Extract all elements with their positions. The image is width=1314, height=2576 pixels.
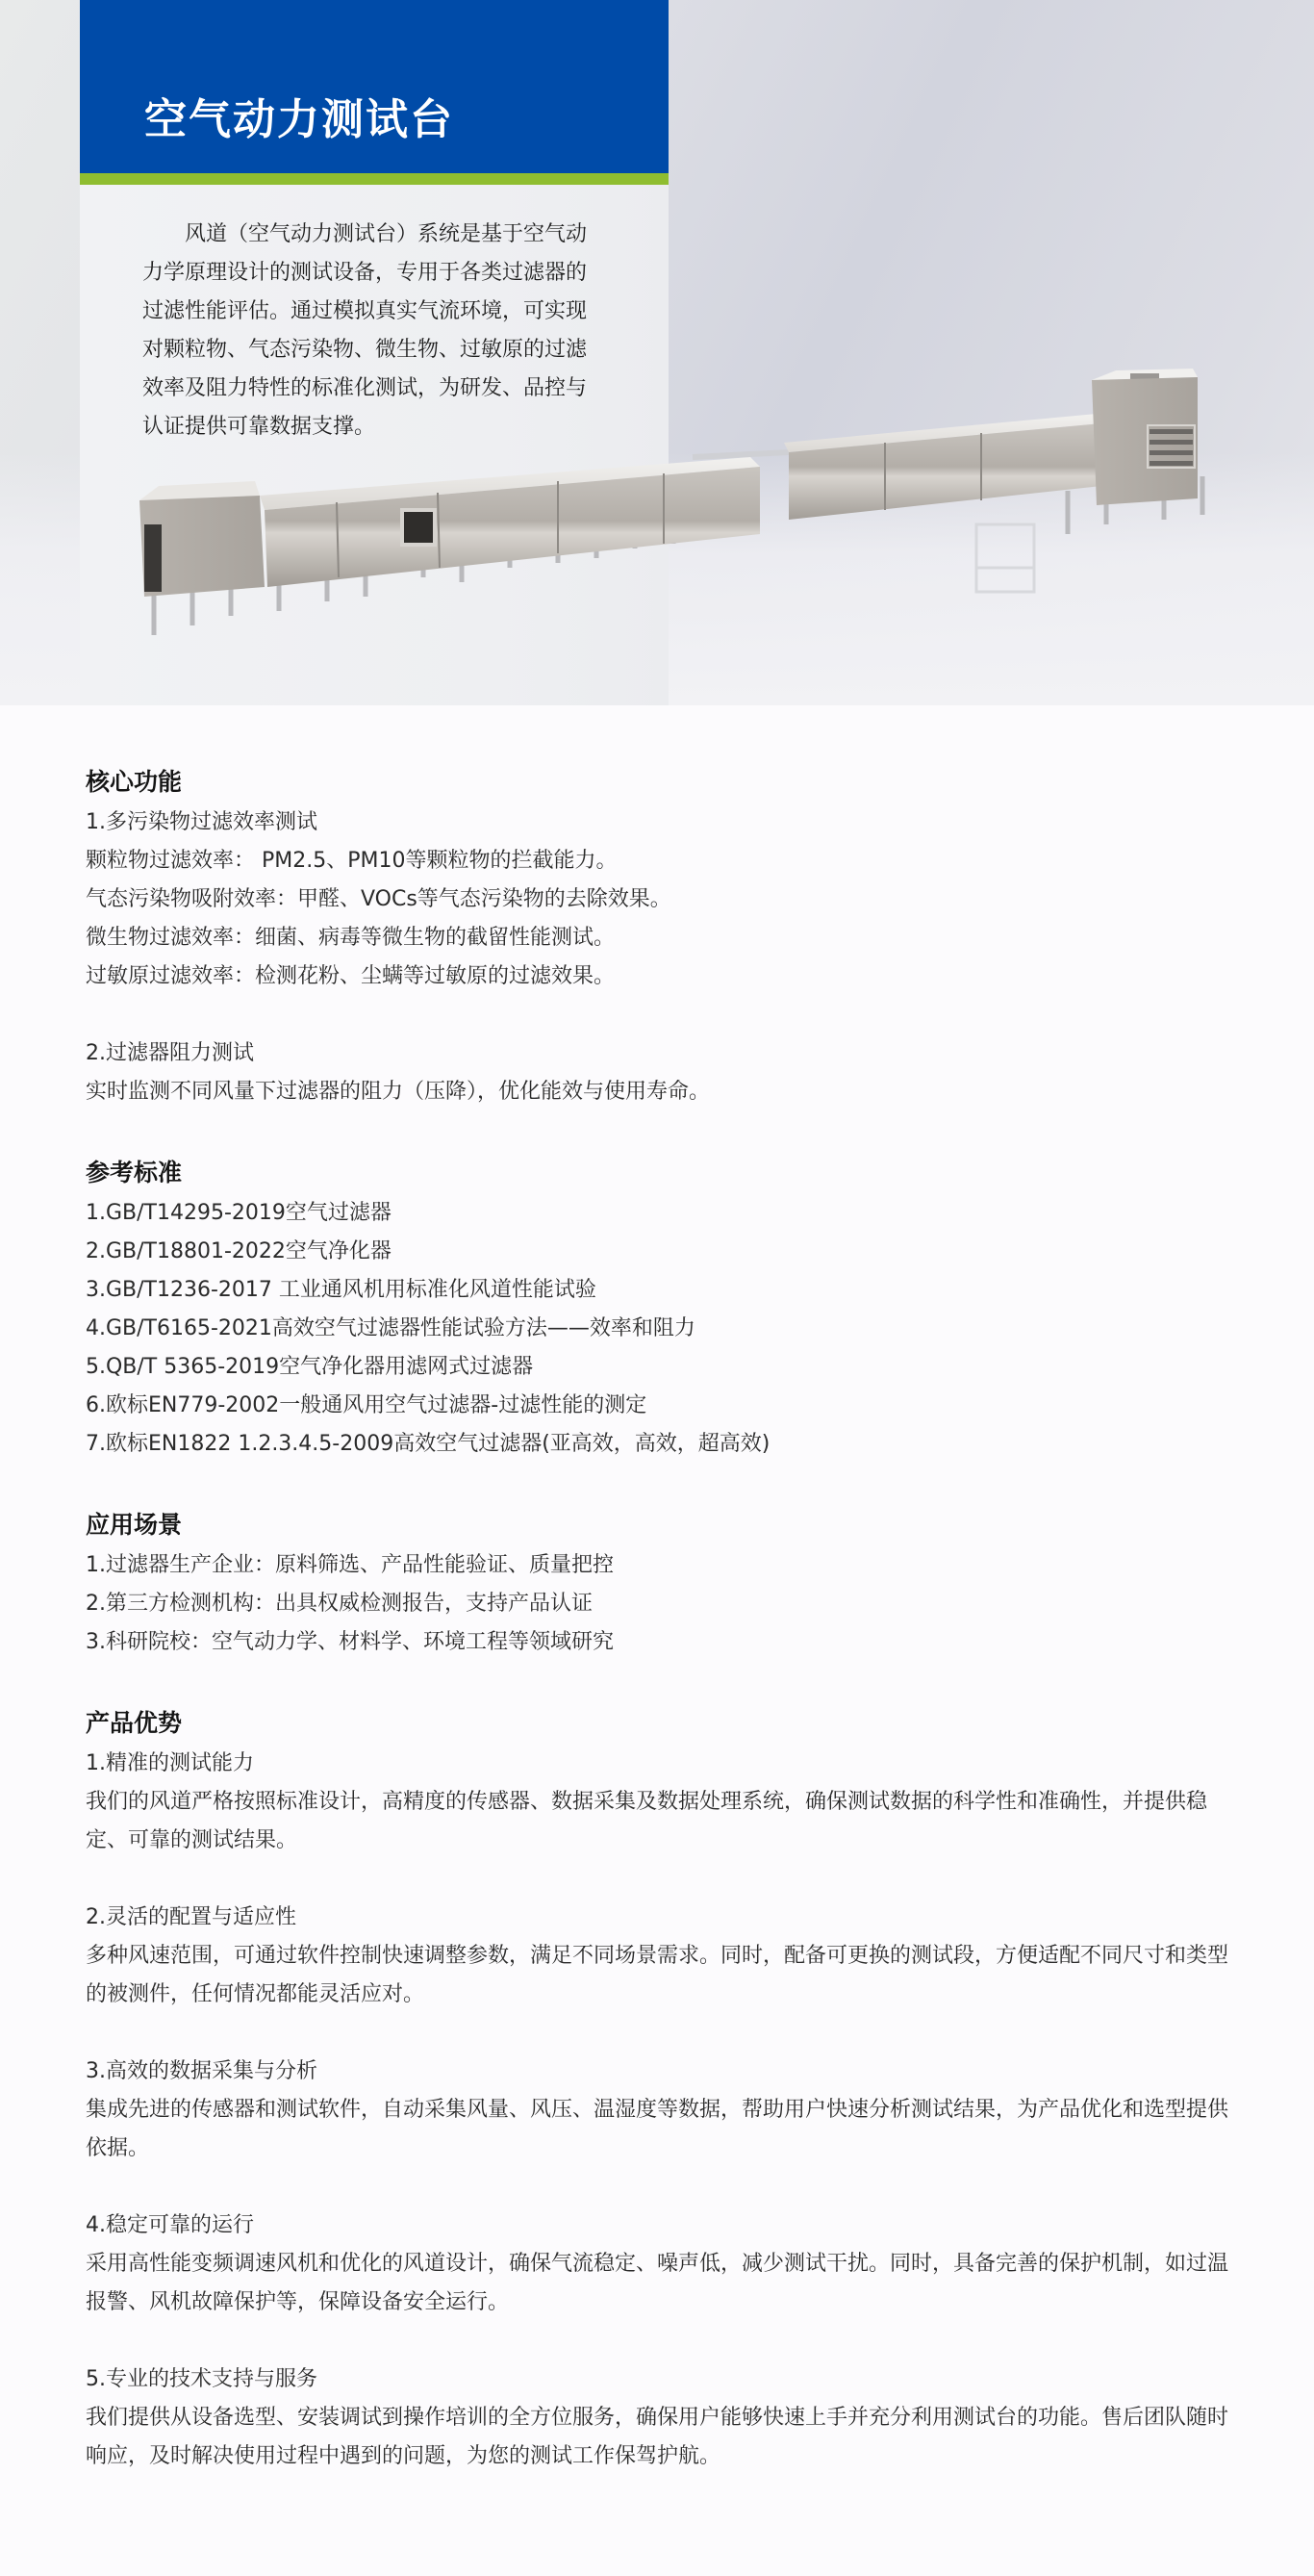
standard-item: 3.GB/T1236-2017 工业通风机用标准化风道性能试验 [86,1271,1314,1310]
standard-item: 2.GB/T18801-2022空气净化器 [86,1233,1314,1271]
wind-tunnel-illustration [0,0,1314,705]
standard-item: 7.欧标EN1822 1.2.3.4.5-2009高效空气过滤器(亚高效，高效，… [86,1425,1314,1464]
section-heading: 产品优势 [86,1704,1314,1743]
content-body: 核心功能 1.多污染物过滤效率测试 颗粒物过滤效率： PM2.5、PM10等颗粒… [0,705,1314,2576]
advantage-title: 2.灵活的配置与适应性 [86,1899,1314,1937]
section-core-functions: 核心功能 1.多污染物过滤效率测试 颗粒物过滤效率： PM2.5、PM10等颗粒… [86,763,1314,1111]
list-item: 气态污染物吸附效率：甲醛、VOCs等气态污染物的去除效果。 [86,880,1314,919]
hero-banner: 空气动力测试台 风道（空气动力测试台）系统是基于空气动力学原理设计的测试设备，专… [0,0,1314,705]
advantage-body: 采用高性能变频调速风机和优化的风道设计，确保气流稳定、噪声低，减少测试干扰。同时… [86,2245,1230,2322]
advantage-title: 1.精准的测试能力 [86,1745,1314,1783]
section-applications: 应用场景 1.过滤器生产企业：原料筛选、产品性能验证、质量把控 2.第三方检测机… [86,1506,1314,1662]
subsection-title: 2.过滤器阻力测试 [86,1034,1314,1073]
application-item: 1.过滤器生产企业：原料筛选、产品性能验证、质量把控 [86,1546,1314,1585]
advantage-body: 我们的风道严格按照标准设计，高精度的传感器、数据采集及数据处理系统，确保测试数据… [86,1783,1230,1860]
advantage-item: 1.精准的测试能力 我们的风道严格按照标准设计，高精度的传感器、数据采集及数据处… [86,1745,1314,1860]
advantage-body: 多种风速范围，可通过软件控制快速调整参数，满足不同场景需求。同时，配备可更换的测… [86,1937,1230,2014]
subsection-title: 1.多污染物过滤效率测试 [86,803,1314,842]
application-item: 3.科研院校：空气动力学、材料学、环境工程等领域研究 [86,1623,1314,1662]
advantage-body: 我们提供从设备选型、安装调试到操作培训的全方位服务，确保用户能够快速上手并充分利… [86,2399,1230,2476]
advantage-body: 集成先进的传感器和测试软件，自动采集风量、风压、温湿度等数据，帮助用户快速分析测… [86,2091,1230,2168]
section-heading: 核心功能 [86,763,1314,802]
standard-item: 4.GB/T6165-2021高效空气过滤器性能试验方法——效率和阻力 [86,1310,1314,1348]
standard-item: 6.欧标EN779-2002一般通风用空气过滤器-过滤性能的测定 [86,1387,1314,1425]
advantage-title: 5.专业的技术支持与服务 [86,2360,1314,2399]
standard-item: 1.GB/T14295-2019空气过滤器 [86,1194,1314,1233]
list-item: 颗粒物过滤效率： PM2.5、PM10等颗粒物的拦截能力。 [86,842,1314,880]
advantage-title: 4.稳定可靠的运行 [86,2206,1314,2245]
section-heading: 参考标准 [86,1154,1314,1192]
advantage-item: 3.高效的数据采集与分析 集成先进的传感器和测试软件，自动采集风量、风压、温湿度… [86,2053,1314,2168]
advantage-item: 4.稳定可靠的运行 采用高性能变频调速风机和优化的风道设计，确保气流稳定、噪声低… [86,2206,1314,2322]
list-item: 实时监测不同风量下过滤器的阻力（压降），优化能效与使用寿命。 [86,1073,1314,1111]
section-advantages: 产品优势 1.精准的测试能力 我们的风道严格按照标准设计，高精度的传感器、数据采… [86,1704,1314,2476]
application-item: 2.第三方检测机构：出具权威检测报告，支持产品认证 [86,1585,1314,1623]
list-item: 过敏原过滤效率：检测花粉、尘螨等过敏原的过滤效果。 [86,957,1314,996]
section-standards: 参考标准 1.GB/T14295-2019空气过滤器 2.GB/T18801-2… [86,1154,1314,1464]
section-heading: 应用场景 [86,1506,1314,1544]
advantage-item: 2.灵活的配置与适应性 多种风速范围，可通过软件控制快速调整参数，满足不同场景需… [86,1899,1314,2014]
advantage-title: 3.高效的数据采集与分析 [86,2053,1314,2091]
standard-item: 5.QB/T 5365-2019空气净化器用滤网式过滤器 [86,1348,1314,1387]
advantage-item: 5.专业的技术支持与服务 我们提供从设备选型、安装调试到操作培训的全方位服务，确… [86,2360,1314,2476]
list-item: 微生物过滤效率：细菌、病毒等微生物的截留性能测试。 [86,919,1314,957]
